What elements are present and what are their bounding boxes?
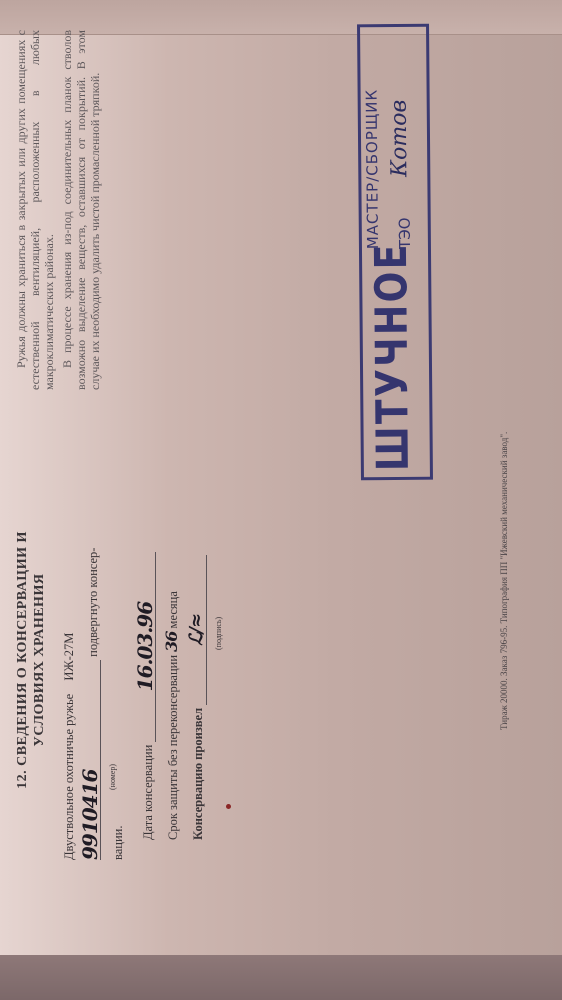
subjected-text: подвергнуто консер- <box>86 548 100 657</box>
stamp-master-line: МАСТЕР/СБОРЩИК <box>363 89 382 249</box>
stamp-signature: Котов <box>387 100 413 177</box>
storage-section: Ружья должны храниться в закрытых или др… <box>14 30 106 390</box>
serial-number-handwritten: 9910416 <box>81 660 101 860</box>
performed-line: Консервацию произвел ℒ∕≈ (подпись) <box>187 460 208 860</box>
signature-caption: (подпись) <box>209 617 228 650</box>
conservation-date-handwritten: 16.03.96 <box>136 552 156 742</box>
section-heading: 12. СВЕДЕНИЯ О КОНСЕРВАЦИИ И УСЛОВИЯХ ХР… <box>14 460 48 860</box>
stamp-main-text: ШТУЧНОЕ <box>366 242 419 471</box>
term-line: Срок защиты без переконсервации 36 месяц… <box>162 460 183 860</box>
storage-paragraph-2: В процессе хранения из-под соединительны… <box>60 30 102 390</box>
stamp-teo-line: ТЭО <box>396 217 414 249</box>
gun-line: Двуствольное охотничье ружье ИЖ-27М <box>60 460 79 860</box>
date-line: Дата консервации 16.03.96 <box>136 460 158 860</box>
background-surface <box>0 955 562 1000</box>
conservation-section: 12. СВЕДЕНИЯ О КОНСЕРВАЦИИ И УСЛОВИЯХ ХР… <box>14 460 208 860</box>
section-number: 12. <box>15 770 30 789</box>
section-title-line2: УСЛОВИЯХ ХРАНЕНИЯ <box>32 574 47 747</box>
term-value-handwritten: 36 <box>162 632 181 652</box>
date-label: Дата консервации <box>141 745 155 840</box>
rotated-document: 12. СВЕДЕНИЯ О КОНСЕРВАЦИИ И УСЛОВИЯХ ХР… <box>14 0 554 860</box>
ink-mark <box>226 804 231 809</box>
subjected-continuation: вации. <box>109 460 128 860</box>
term-unit: месяца <box>166 591 180 628</box>
section-title-line1: СВЕДЕНИЯ О КОНСЕРВАЦИИ И <box>15 531 30 766</box>
gun-description: Двуствольное охотничье ружье <box>62 694 76 860</box>
serial-line: 9910416 подвергнуто консер- (номер) <box>81 460 103 860</box>
performed-label: Консервацию произвел <box>191 708 205 840</box>
workshop-stamp: ШТУЧНОЕ МАСТЕР/СБОРЩИК ТЭО Котов <box>357 24 433 481</box>
signature-handwritten: ℒ∕≈ <box>187 555 207 705</box>
print-imprint: Тираж 20000. Заказ 796-95. Типография ПП… <box>499 432 509 730</box>
term-label: Срок защиты без переконсервации <box>166 655 180 840</box>
storage-paragraph-1: Ружья должны храниться в закрытых или др… <box>14 30 56 390</box>
gun-model: ИЖ-27М <box>62 633 76 681</box>
